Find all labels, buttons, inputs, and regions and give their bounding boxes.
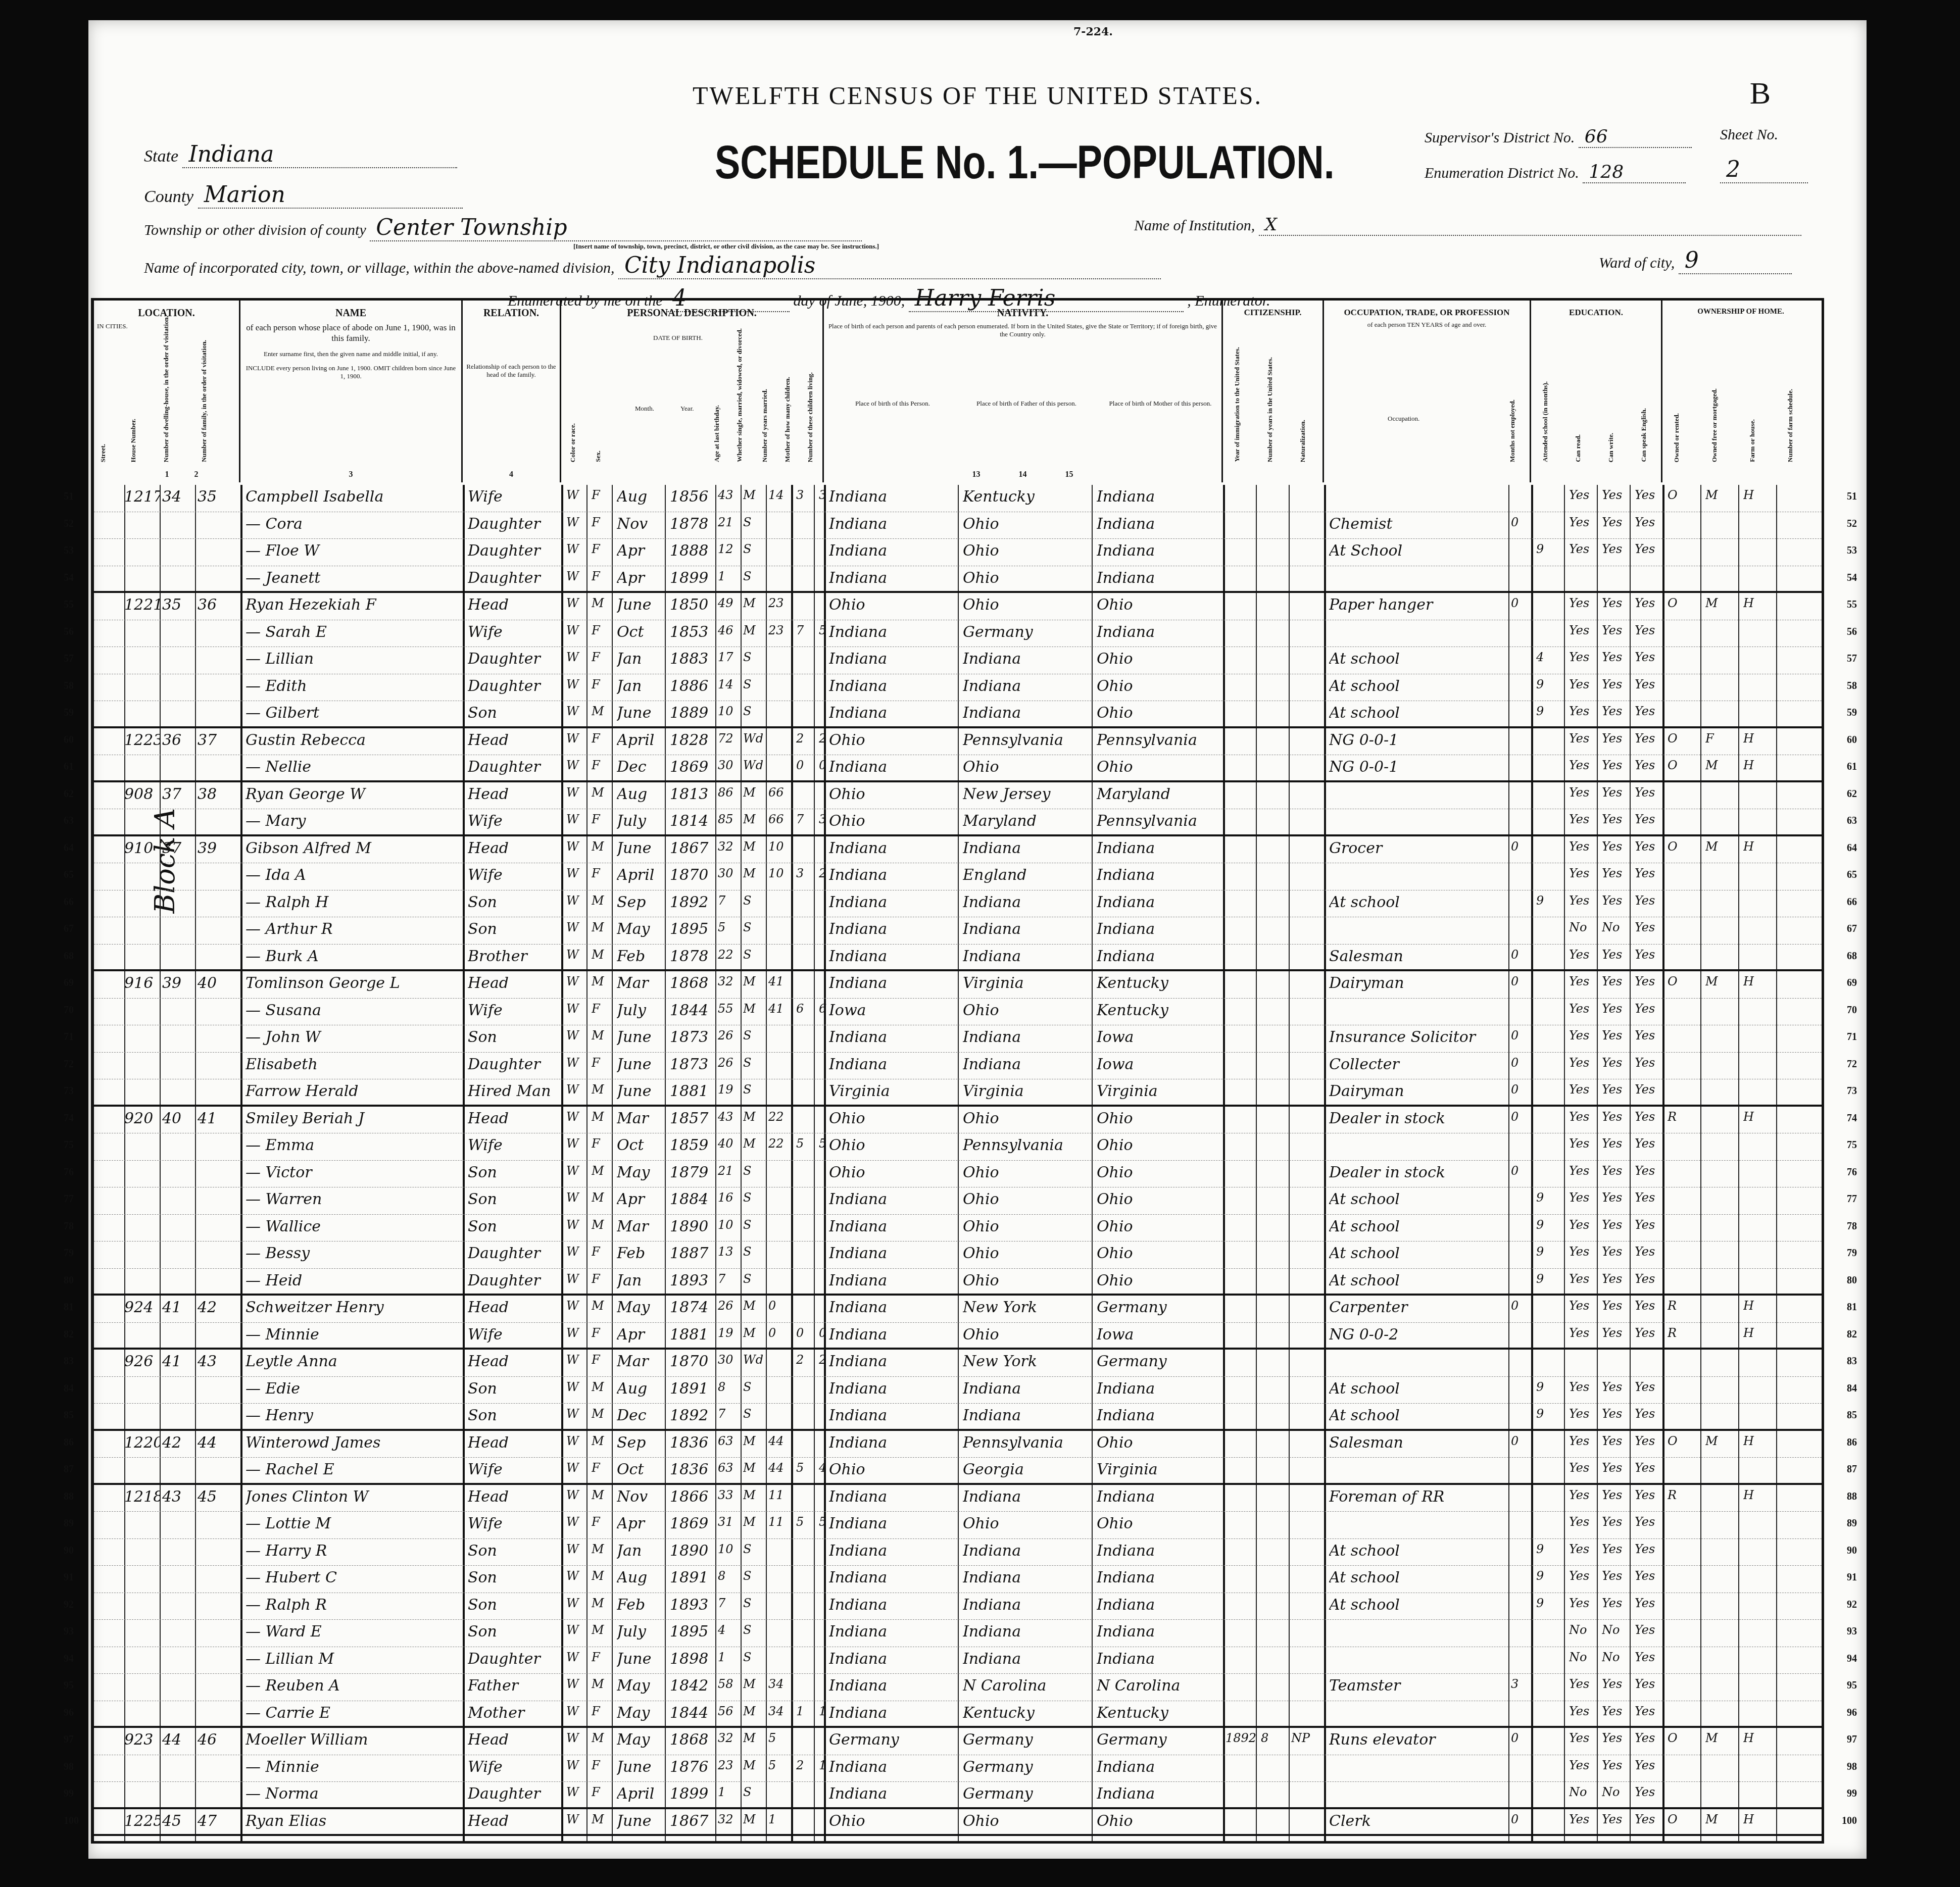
table-row: 6565— Ida AWifeWFApril187030M1032Indiana… [94, 863, 1822, 890]
name-header: NAME of each person whose place of abode… [240, 301, 463, 482]
table-row: 83839264143Leytle AnnaHeadWFMar187030Wd2… [94, 1350, 1822, 1377]
cell-name: — Warren [246, 1190, 458, 1208]
enumeration-district-field: Enumeration District No. 128 [1425, 162, 1686, 183]
cell-name: — Ralph R [246, 1596, 458, 1614]
cell-sex: M [592, 1164, 612, 1178]
cell-house: 916 [124, 974, 160, 992]
cell-sex: M [592, 1190, 612, 1205]
cell-sex: F [592, 1136, 612, 1151]
cell-read: Yes [1569, 1164, 1599, 1178]
cell-read: Yes [1569, 1245, 1599, 1259]
cell-name: — Susana [246, 1002, 458, 1019]
cell-father: Indiana [963, 704, 1089, 722]
cell-color: W [566, 1785, 586, 1799]
cell-year: 1836 [670, 1461, 718, 1478]
cell-mother: Germany [1097, 1353, 1223, 1370]
cell-english: Yes [1635, 839, 1665, 854]
table-row: 555512213536Ryan Hezekiah FHeadWMJune185… [94, 593, 1822, 620]
enumeration-district-value: 128 [1583, 162, 1686, 183]
line-number: 99 [1847, 1788, 1857, 1800]
cell-mother-of: 0 [796, 758, 816, 772]
cell-read: Yes [1569, 974, 1599, 988]
supervisors-district-value: 66 [1579, 126, 1692, 148]
cell-birth: Indiana [829, 758, 955, 776]
cell-sex: F [592, 1272, 612, 1286]
cell-write: Yes [1602, 1299, 1632, 1313]
cell-write: Yes [1602, 1136, 1632, 1151]
line-number-left: 95 [64, 1680, 74, 1692]
line-number-left: 90 [64, 1545, 74, 1557]
cell-yrs-married: 5 [768, 1731, 794, 1745]
table-row: 74749204041Smiley Beriah JHeadWMMar18574… [94, 1107, 1822, 1134]
cell-read: Yes [1569, 1272, 1599, 1286]
cell-year: 1867 [670, 839, 718, 857]
cell-birth: Indiana [829, 650, 955, 668]
cell-birth: Indiana [829, 1299, 955, 1316]
cell-name: — Reuben A [246, 1677, 458, 1695]
cell-sex: F [592, 1650, 612, 1664]
cell-occupation: Salesman [1329, 1434, 1506, 1452]
cell-mother: Indiana [1097, 488, 1223, 506]
cell-birth: Ohio [829, 1461, 955, 1478]
cell-month: Apr [617, 569, 672, 587]
cell-occupation: Salesman [1329, 948, 1506, 965]
cell-occupation: At school [1329, 893, 1506, 911]
cell-marital: S [743, 704, 768, 718]
cell-color: W [566, 1515, 586, 1529]
cell-age: 32 [718, 1731, 743, 1745]
cell-mother-of: 5 [796, 1515, 816, 1529]
cell-color: W [566, 1542, 586, 1556]
cell-name: — Henry [246, 1407, 458, 1424]
cell-house: 1223 [124, 731, 160, 749]
cell-free: M [1705, 839, 1736, 854]
cell-english: Yes [1635, 1218, 1665, 1232]
cell-birth: Indiana [829, 1488, 955, 1506]
cell-name: Schweitzer Henry [246, 1299, 458, 1316]
cell-free: M [1705, 1812, 1736, 1826]
line-number: 72 [1847, 1059, 1857, 1070]
line-number-left: 76 [64, 1167, 74, 1178]
cell-month: Nov [617, 1488, 672, 1506]
cell-mother: Indiana [1097, 1542, 1223, 1560]
line-number-left: 62 [64, 788, 74, 800]
cell-year: 1850 [670, 596, 718, 614]
cell-color: W [566, 1623, 586, 1637]
line-number-left: 86 [64, 1437, 74, 1449]
cell-marital: M [743, 1515, 768, 1529]
cell-sex: M [592, 1677, 612, 1691]
cell-sex: M [592, 1028, 612, 1042]
cell-english: Yes [1635, 974, 1665, 988]
cell-father: Georgia [963, 1461, 1089, 1478]
cell-color: W [566, 812, 586, 826]
cell-age: 12 [718, 542, 743, 556]
cell-relation: Daughter [468, 1272, 559, 1289]
line-number-left: 69 [64, 977, 74, 989]
cell-color: W [566, 866, 586, 880]
cell-read: Yes [1569, 758, 1599, 772]
cell-age: 40 [718, 1136, 743, 1151]
cell-mother: Indiana [1097, 1758, 1223, 1776]
cell-dwelling: 40 [162, 1110, 192, 1127]
cell-occupation: NG 0-0-1 [1329, 731, 1506, 749]
cell-mother: Pennsylvania [1097, 731, 1223, 749]
cell-english: Yes [1635, 866, 1665, 880]
cell-age: 26 [718, 1056, 743, 1070]
cell-age: 13 [718, 1245, 743, 1259]
table-row: 64649103739Gibson Alfred MHeadWMJune1867… [94, 836, 1822, 864]
cell-marital: M [743, 1731, 768, 1745]
township-note: [Insert name of township, town, precinct… [573, 242, 879, 251]
cell-write: Yes [1602, 839, 1632, 854]
cell-mother: Indiana [1097, 839, 1223, 857]
cell-mother: Indiana [1097, 1785, 1223, 1803]
cell-year: 1853 [670, 623, 718, 641]
cell-age: 23 [718, 1758, 743, 1772]
table-row: 9595— Reuben AFatherWMMay184258M34Indian… [94, 1674, 1822, 1701]
cell-month: April [617, 866, 672, 884]
ward-value: 9 [1679, 247, 1792, 274]
cell-year: 1899 [670, 1785, 718, 1803]
cell-sex: F [592, 731, 612, 746]
cell-mother: Indiana [1097, 920, 1223, 938]
cell-name: — Burk A [246, 948, 458, 965]
cell-relation: Son [468, 1218, 559, 1235]
cell-color: W [566, 1812, 586, 1826]
cell-english: Yes [1635, 1785, 1665, 1799]
cell-birth: Indiana [829, 1190, 955, 1208]
cell-write: Yes [1602, 866, 1632, 880]
line-number: 59 [1847, 707, 1857, 719]
cell-marital: S [743, 1407, 768, 1421]
cell-color: W [566, 704, 586, 718]
cell-year: 1889 [670, 704, 718, 722]
cell-name: — Floe W [246, 542, 458, 560]
cell-relation: Daughter [468, 1650, 559, 1668]
cell-school: 9 [1536, 893, 1561, 908]
cell-english: Yes [1635, 1407, 1665, 1421]
cell-relation: Wife [468, 1758, 559, 1776]
cell-unemp: 0 [1511, 974, 1531, 988]
cell-marital: S [743, 1569, 768, 1583]
cell-age: 46 [718, 623, 743, 637]
cell-family: 35 [198, 488, 228, 506]
cell-birth: Ohio [829, 785, 955, 803]
cell-mother: Kentucky [1097, 1704, 1223, 1722]
cell-father: Indiana [963, 1028, 1089, 1046]
table-row: 7373Farrow HeraldHired ManWMJune188119SV… [94, 1079, 1822, 1107]
cell-school: 9 [1536, 1596, 1561, 1610]
cell-month: July [617, 1002, 672, 1019]
cell-sex: F [592, 1704, 612, 1718]
cell-age: 86 [718, 785, 743, 800]
cell-relation: Head [468, 839, 559, 857]
cell-color: W [566, 488, 586, 502]
cell-age: 5 [718, 920, 743, 934]
line-number: 54 [1847, 572, 1857, 584]
cell-mother: Indiana [1097, 1623, 1223, 1641]
cell-relation: Head [468, 596, 559, 614]
education-header: EDUCATION. Attended school (in months). … [1531, 301, 1662, 482]
cell-birth: Virginia [829, 1082, 955, 1100]
cell-dwelling: 39 [162, 974, 192, 992]
cell-english: Yes [1635, 650, 1665, 664]
cell-write: Yes [1602, 1677, 1632, 1691]
cell-occupation: Chemist [1329, 515, 1506, 533]
cell-father: Kentucky [963, 1704, 1089, 1722]
cell-month: Oct [617, 1136, 672, 1154]
cell-english: Yes [1635, 623, 1665, 637]
line-number-left: 83 [64, 1356, 74, 1367]
table-row: 9393— Ward ESonWMJuly18954SIndianaIndian… [94, 1620, 1822, 1647]
cell-read: Yes [1569, 1569, 1599, 1583]
cell-relation: Head [468, 1299, 559, 1316]
cell-mother: Iowa [1097, 1326, 1223, 1344]
cell-sex: F [592, 1245, 612, 1259]
cell-sex: M [592, 1299, 612, 1313]
cell-color: W [566, 1136, 586, 1151]
cell-relation: Hired Man [468, 1082, 559, 1100]
table-row: 868612204244Winterowd JamesHeadWMSep1836… [94, 1431, 1822, 1458]
cell-occupation: Collecter [1329, 1056, 1506, 1073]
institution-value: X [1259, 215, 1801, 236]
cell-school: 9 [1536, 1569, 1561, 1583]
cell-english: Yes [1635, 1380, 1665, 1394]
cell-dwelling: 43 [162, 1488, 192, 1506]
cell-mother-of: 5 [796, 1461, 816, 1475]
cell-age: 56 [718, 1704, 743, 1718]
cell-father: Maryland [963, 812, 1089, 830]
cell-father: Virginia [963, 1082, 1089, 1100]
cell-year: 1814 [670, 812, 718, 830]
cell-father: Ohio [963, 1164, 1089, 1181]
cell-age: 43 [718, 1110, 743, 1124]
cell-sex: F [592, 623, 612, 637]
cell-house: 1220 [124, 1434, 160, 1452]
cell-age: 55 [718, 1002, 743, 1016]
cell-write: Yes [1602, 1488, 1632, 1502]
cell-free: M [1705, 488, 1736, 502]
cell-name: — Cora [246, 515, 458, 533]
cell-write: Yes [1602, 1515, 1632, 1529]
cell-father: Pennsylvania [963, 731, 1089, 749]
cell-family: 41 [198, 1110, 228, 1127]
cell-color: W [566, 1299, 586, 1313]
cell-month: June [617, 1028, 672, 1046]
line-number-left: 52 [64, 518, 74, 530]
cell-relation: Head [468, 1488, 559, 1506]
cell-mother: Indiana [1097, 623, 1223, 641]
cell-own: O [1668, 731, 1698, 746]
cell-color: W [566, 677, 586, 691]
table-row: 8484— EdieSonWMAug18918SIndianaIndianaIn… [94, 1377, 1822, 1404]
cell-mother-of: 2 [796, 1353, 816, 1367]
cell-birth: Indiana [829, 1596, 955, 1614]
cell-relation: Wife [468, 1461, 559, 1478]
cell-write: Yes [1602, 948, 1632, 962]
line-number-left: 56 [64, 626, 74, 638]
cell-mother: Ohio [1097, 704, 1223, 722]
cell-relation: Wife [468, 1326, 559, 1344]
cell-mother: Ohio [1097, 1190, 1223, 1208]
cell-age: 4 [718, 1623, 743, 1637]
cell-birth: Indiana [829, 1353, 955, 1370]
table-row: 7878— WalliceSonWMMar189010SIndianaOhioO… [94, 1215, 1822, 1242]
cell-year: 1891 [670, 1569, 718, 1586]
line-number-left: 78 [64, 1221, 74, 1232]
line-number-left: 98 [64, 1761, 74, 1773]
cell-father: Indiana [963, 1380, 1089, 1398]
cell-write: Yes [1602, 731, 1632, 746]
table-row: 5656— Sarah EWifeWFOct185346M2375Indiana… [94, 620, 1822, 648]
cell-father: Ohio [963, 1515, 1089, 1532]
cell-yrs-married: 34 [768, 1677, 794, 1691]
cell-sex: M [592, 839, 612, 854]
line-number-left: 63 [64, 815, 74, 827]
cell-house: 910 [124, 839, 160, 857]
cell-sex: M [592, 1407, 612, 1421]
cell-name: — Ralph H [246, 893, 458, 911]
table-row: 10010012254547Ryan EliasHeadWMJune186732… [94, 1809, 1822, 1836]
cell-month: May [617, 1704, 672, 1722]
cell-read: Yes [1569, 677, 1599, 691]
cell-sex: M [592, 974, 612, 988]
cell-sex: F [592, 515, 612, 529]
cell-write: Yes [1602, 1380, 1632, 1394]
line-number: 67 [1847, 923, 1857, 935]
cell-dwelling: 34 [162, 488, 192, 506]
cell-year: 1893 [670, 1596, 718, 1614]
supervisors-district-field: Supervisor's District No. 66 [1425, 126, 1692, 148]
cell-name: Tomlinson George L [246, 974, 458, 992]
cell-school: 9 [1536, 677, 1561, 691]
city-value: City Indianapolis [618, 253, 1161, 279]
line-number: 84 [1847, 1383, 1857, 1395]
cell-occupation: At school [1329, 1596, 1506, 1614]
cell-color: W [566, 758, 586, 772]
cell-marital: S [743, 1056, 768, 1070]
line-number-left: 80 [64, 1275, 74, 1286]
cell-write: Yes [1602, 1434, 1632, 1448]
cell-father: Ohio [963, 542, 1089, 560]
cell-color: W [566, 1677, 586, 1691]
cell-year: 1876 [670, 1758, 718, 1776]
cell-mother: Kentucky [1097, 974, 1223, 992]
cell-birth: Indiana [829, 1677, 955, 1695]
cell-family: 37 [198, 731, 228, 749]
cell-marital: M [743, 596, 768, 610]
cell-yrs-married: 23 [768, 596, 794, 610]
cell-name: — Edith [246, 677, 458, 695]
cell-read: Yes [1569, 1488, 1599, 1502]
cell-free: M [1705, 758, 1736, 772]
cell-relation: Daughter [468, 1245, 559, 1262]
state-field: State Indiana [144, 141, 457, 168]
cell-age: 8 [718, 1569, 743, 1583]
line-number-left: 51 [64, 491, 74, 503]
cell-month: Mar [617, 1110, 672, 1127]
cell-read: Yes [1569, 1028, 1599, 1042]
cell-english: Yes [1635, 1596, 1665, 1610]
cell-father: Indiana [963, 948, 1089, 965]
cell-year: 1887 [670, 1245, 718, 1262]
cell-write: Yes [1602, 488, 1632, 502]
cell-marital: S [743, 893, 768, 908]
cell-dwelling: 41 [162, 1299, 192, 1316]
cell-write: Yes [1602, 542, 1632, 556]
line-number-left: 74 [64, 1113, 74, 1124]
cell-occupation: NG 0-0-1 [1329, 758, 1506, 776]
table-row: 8989— Lottie MWifeWFApr186931M1155Indian… [94, 1512, 1822, 1539]
cell-relation: Head [468, 785, 559, 803]
cell-read: Yes [1569, 596, 1599, 610]
cell-marital: S [743, 569, 768, 583]
cell-month: Sep [617, 1434, 672, 1452]
cell-mother: Ohio [1097, 1812, 1223, 1830]
cell-relation: Father [468, 1677, 559, 1695]
cell-birth: Indiana [829, 488, 955, 506]
cell-relation: Wife [468, 1002, 559, 1019]
cell-read: Yes [1569, 1434, 1599, 1448]
line-number-left: 71 [64, 1031, 74, 1043]
cell-mother: Ohio [1097, 1164, 1223, 1181]
cell-age: 43 [718, 488, 743, 502]
line-number-left: 65 [64, 869, 74, 881]
cell-dwelling: 42 [162, 1434, 192, 1452]
line-number: 65 [1847, 869, 1857, 881]
cell-age: 10 [718, 704, 743, 718]
line-number: 80 [1847, 1275, 1857, 1286]
cell-month: Jan [617, 1272, 672, 1289]
cell-marital: M [743, 1704, 768, 1718]
cell-sex: M [592, 1812, 612, 1826]
cell-school: 9 [1536, 1407, 1561, 1421]
cell-relation: Son [468, 1596, 559, 1614]
cell-occupation: Teamster [1329, 1677, 1506, 1695]
line-number: 55 [1847, 599, 1857, 611]
cell-name: — Ida A [246, 866, 458, 884]
cell-sex: M [592, 704, 612, 718]
cell-farm: H [1743, 1434, 1774, 1448]
cell-birth: Indiana [829, 1434, 955, 1452]
cell-school: 9 [1536, 704, 1561, 718]
cell-month: June [617, 839, 672, 857]
cell-occupation: Dairyman [1329, 974, 1506, 992]
cell-birth: Indiana [829, 1028, 955, 1046]
cell-marital: M [743, 785, 768, 800]
cell-father: Ohio [963, 1218, 1089, 1235]
cell-mother: Ohio [1097, 1272, 1223, 1289]
cell-english: Yes [1635, 948, 1665, 962]
line-number-left: 72 [64, 1059, 74, 1070]
cell-write: Yes [1602, 1461, 1632, 1475]
cell-read: Yes [1569, 542, 1599, 556]
cell-sex: F [592, 488, 612, 502]
cell-color: W [566, 785, 586, 800]
cell-name: — Edie [246, 1380, 458, 1398]
cell-age: 63 [718, 1461, 743, 1475]
cell-english: Yes [1635, 1758, 1665, 1772]
cell-birth: Ohio [829, 1164, 955, 1181]
line-number: 83 [1847, 1356, 1857, 1367]
cell-mother: Indiana [1097, 1569, 1223, 1586]
cell-family: 43 [198, 1353, 228, 1370]
cell-dwelling: 41 [162, 1353, 192, 1370]
cell-house: 1221 [124, 596, 160, 614]
cell-father: Germany [963, 1758, 1089, 1776]
cell-sex: F [592, 1326, 612, 1340]
